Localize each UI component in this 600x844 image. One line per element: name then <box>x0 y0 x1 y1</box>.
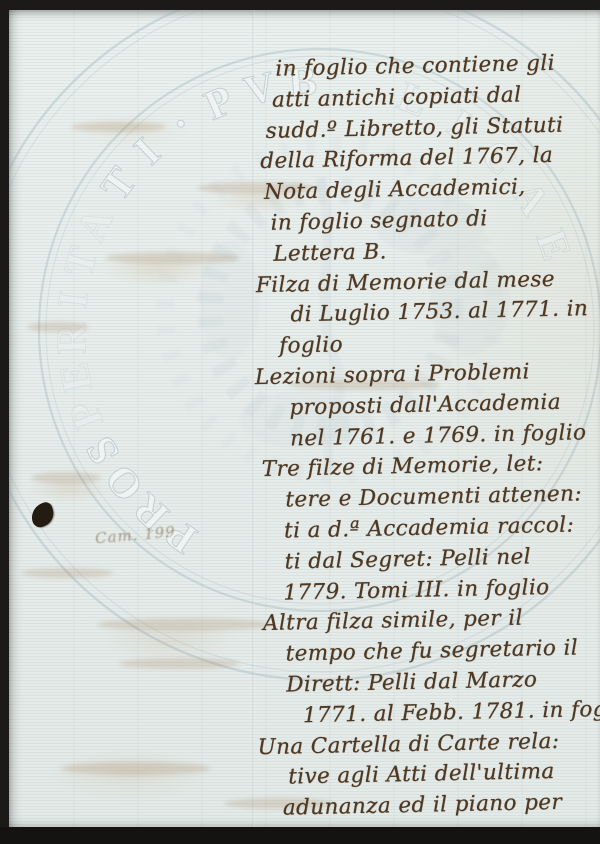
photo-backdrop: PROSPERITATI·PVBLICAE Cam. 199 in foglio… <box>0 0 600 844</box>
manuscript-page: PROSPERITATI·PVBLICAE Cam. 199 in foglio… <box>9 10 600 828</box>
manuscript-text: in foglio che contiene gliatti antichi c… <box>9 48 600 828</box>
photo-border-bottom <box>0 827 600 844</box>
